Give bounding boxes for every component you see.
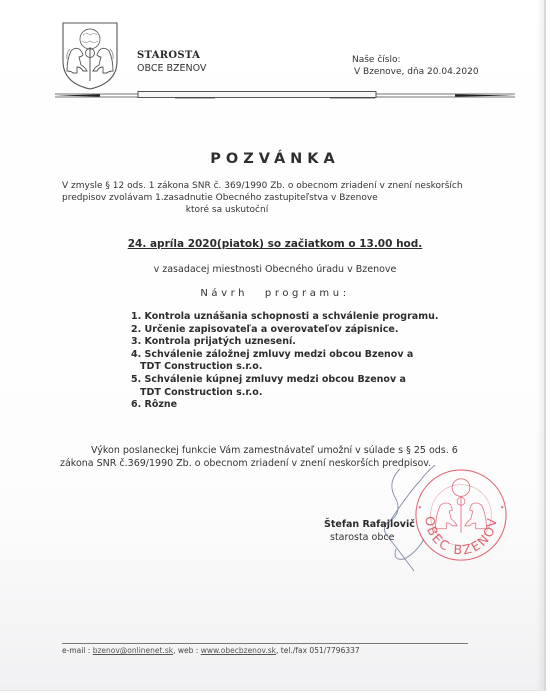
page-edge-shadow — [536, 0, 544, 690]
closing-line: zákona SNR č.369/1990 Zb. o obecnom zria… — [60, 457, 510, 470]
place-and-date: V Bzenove, dňa 20.04.2020 — [354, 67, 479, 77]
meeting-place: v zasadacej miestnosti Obecného úradu v … — [0, 264, 550, 275]
org-title: STAROSTA — [137, 50, 200, 61]
stamp-text: OBEC BZENOV — [421, 516, 500, 559]
intro-line: V zmysle § 12 ods. 1 zákona SNR č. 369/1… — [62, 180, 502, 192]
program-item: 1. Kontrola uznášania schopnosti a schvá… — [131, 311, 438, 324]
program-item-text: Určenie zapisovateľa a overovateľov zápi… — [145, 324, 399, 335]
program-item-continuation: TDT Construction s.r.o. — [131, 361, 438, 374]
footer-contact: e-mail : bzenov@onlinenet.sk, web : www.… — [62, 646, 360, 655]
closing-paragraph: Výkon poslaneckej funkcie Vám zamestnáva… — [60, 444, 510, 470]
program-item-text: Rôzne — [145, 399, 178, 410]
footer-divider — [62, 643, 468, 644]
email-label: e-mail : — [62, 646, 93, 655]
svg-text:OBEC BZENOV: OBEC BZENOV — [421, 516, 500, 559]
reference-number-label: Naše číslo: — [352, 55, 401, 65]
phone-label: , tel./fax — [276, 646, 309, 655]
meeting-datetime: 24. apríla 2020(piatok) so začiatkom o 1… — [0, 238, 550, 250]
closing-line: Výkon poslaneckej funkcie Vám zamestnáva… — [60, 444, 510, 457]
email-link[interactable]: bzenov@onlinenet.sk — [93, 646, 173, 655]
phone-number: 051/7796337 — [309, 646, 359, 655]
intro-line: ktoré sa uskutoční — [62, 204, 392, 216]
program-item-text: Kontrola uznášania schopnosti a schválen… — [145, 311, 439, 322]
program-item-number: 2. — [131, 324, 141, 335]
official-stamp-icon: OBEC BZENOV — [412, 468, 510, 566]
program-item-number: 3. — [131, 336, 141, 347]
signer-name: Štefan Rafajlovič — [324, 519, 415, 530]
website-link[interactable]: www.obecbzenov.sk — [201, 646, 276, 655]
header-divider — [55, 90, 515, 100]
scanned-page: STAROSTA OBCE BZENOV Naše číslo: V Bzeno… — [0, 0, 546, 691]
program-item-number: 4. — [131, 349, 141, 360]
web-label: , web : — [173, 646, 201, 655]
program-item: 5. Schválenie kúpnej zmluvy medzi obcou … — [131, 374, 438, 399]
program-item: 3. Kontrola prijatých uznesení. — [131, 336, 438, 349]
program-item-text: Schválenie záložnej zmluvy medzi obcou B… — [145, 349, 414, 360]
program-item: 4. Schválenie záložnej zmluvy medzi obco… — [131, 349, 438, 374]
document-title: POZVÁNKA — [0, 151, 550, 167]
program-item-text: Schválenie kúpnej zmluvy medzi obcou Bze… — [145, 374, 406, 385]
program-item-text: Kontrola prijatých uznesení. — [145, 336, 296, 347]
program-list: 1. Kontrola uznášania schopnosti a schvá… — [131, 311, 438, 412]
intro-line: predpisov zvolávam 1.zasadnutie Obecného… — [62, 192, 502, 204]
org-subtitle: OBCE BZENOV — [137, 63, 206, 74]
program-heading-text: Návrh programu: — [200, 288, 349, 299]
intro-paragraph: V zmysle § 12 ods. 1 zákona SNR č. 369/1… — [62, 180, 502, 216]
program-item-number: 5. — [131, 374, 141, 385]
signer-role: starosta obce — [330, 532, 394, 543]
program-item: 2. Určenie zapisovateľa a overovateľov z… — [131, 324, 438, 337]
program-item-continuation: TDT Construction s.r.o. — [131, 387, 438, 400]
program-item: 6. Rôzne — [131, 399, 438, 412]
program-heading: Návrh programu: — [0, 288, 550, 299]
program-item-number: 1. — [131, 311, 141, 322]
coat-of-arms-icon — [61, 21, 119, 91]
program-item-number: 6. — [131, 399, 141, 410]
